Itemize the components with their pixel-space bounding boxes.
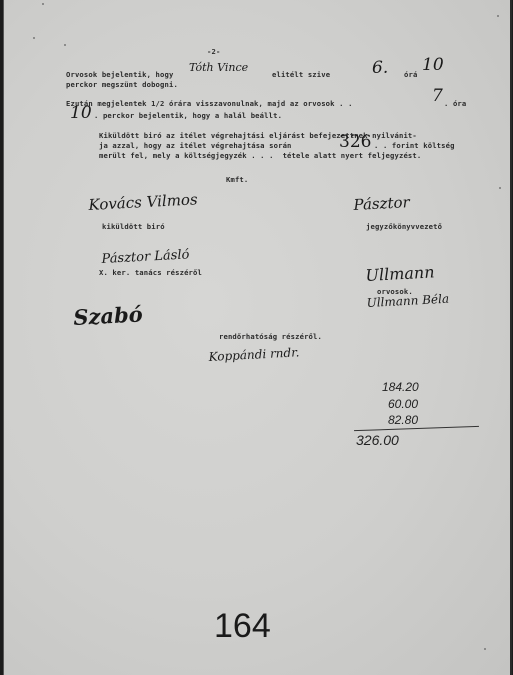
- p2-line1: Ezután megjelentek 1/2 órára visszavonul…: [66, 99, 353, 108]
- document-page: -2- Orvosok bejelentik, hogy Tóth Vince …: [3, 0, 512, 675]
- signature-doctor-2: Ullmann Béla: [366, 292, 449, 310]
- handwritten-convict-name: Tóth Vince: [189, 61, 248, 74]
- p1-line2: perckor megszünt dobogni.: [66, 80, 178, 89]
- p1-line1-end: órá: [404, 70, 417, 79]
- handwritten-hour-2: 7: [432, 86, 443, 106]
- p3-line3: merült fel, mely a költségjegyzék . . . …: [99, 151, 421, 160]
- signature-doctor-1: Ullmann: [365, 262, 435, 285]
- scan-speck: [497, 15, 499, 17]
- signature-left-large: Szabó: [73, 301, 144, 330]
- tally-item-3: 82.80: [388, 413, 418, 427]
- role-council: X. ker. tanács részéről: [99, 268, 202, 277]
- handwritten-hour: 6.: [372, 58, 388, 78]
- handwritten-minute-2: 10: [70, 103, 92, 123]
- tally-total: 326.00: [356, 432, 399, 448]
- handwritten-amount: 326: [339, 132, 371, 152]
- scan-speck: [33, 37, 35, 39]
- closing-kmft: Kmft.: [226, 175, 248, 184]
- p2-line1-end: . óra: [444, 99, 466, 108]
- scan-speck: [42, 3, 44, 5]
- tally-item-2: 60.00: [388, 397, 418, 411]
- role-recorder: jegyzőkönyvvezető: [366, 222, 442, 231]
- role-police: rendőrhatóság részéről.: [219, 332, 322, 341]
- scan-speck: [484, 648, 486, 650]
- signature-judge: Kovács Vilmos: [88, 190, 198, 214]
- handwritten-minute: 10: [422, 55, 444, 75]
- folio-number: 164: [214, 607, 271, 646]
- role-judge: kiküldött biró: [102, 222, 165, 231]
- p3-line2-start: ja azzal, hogy az itélet végrehajtása so…: [99, 141, 292, 150]
- signature-recorder: Pásztor: [353, 193, 410, 214]
- p3-line2-end: . . forint költség: [374, 141, 455, 150]
- signature-council: Pásztor Lásló: [101, 247, 190, 267]
- typed-page-number: -2-: [207, 47, 220, 56]
- p2-line2: . perckor bejelentik, hogy a halál beáll…: [94, 111, 282, 120]
- tally-item-1: 184.20: [382, 380, 419, 394]
- scan-speck: [499, 187, 501, 189]
- signature-police: Koppándi rndr.: [208, 345, 299, 364]
- p1-line1-start: Orvosok bejelentik, hogy: [66, 70, 173, 79]
- p1-line1-mid: elitélt szive: [272, 70, 330, 79]
- scan-speck: [64, 44, 66, 46]
